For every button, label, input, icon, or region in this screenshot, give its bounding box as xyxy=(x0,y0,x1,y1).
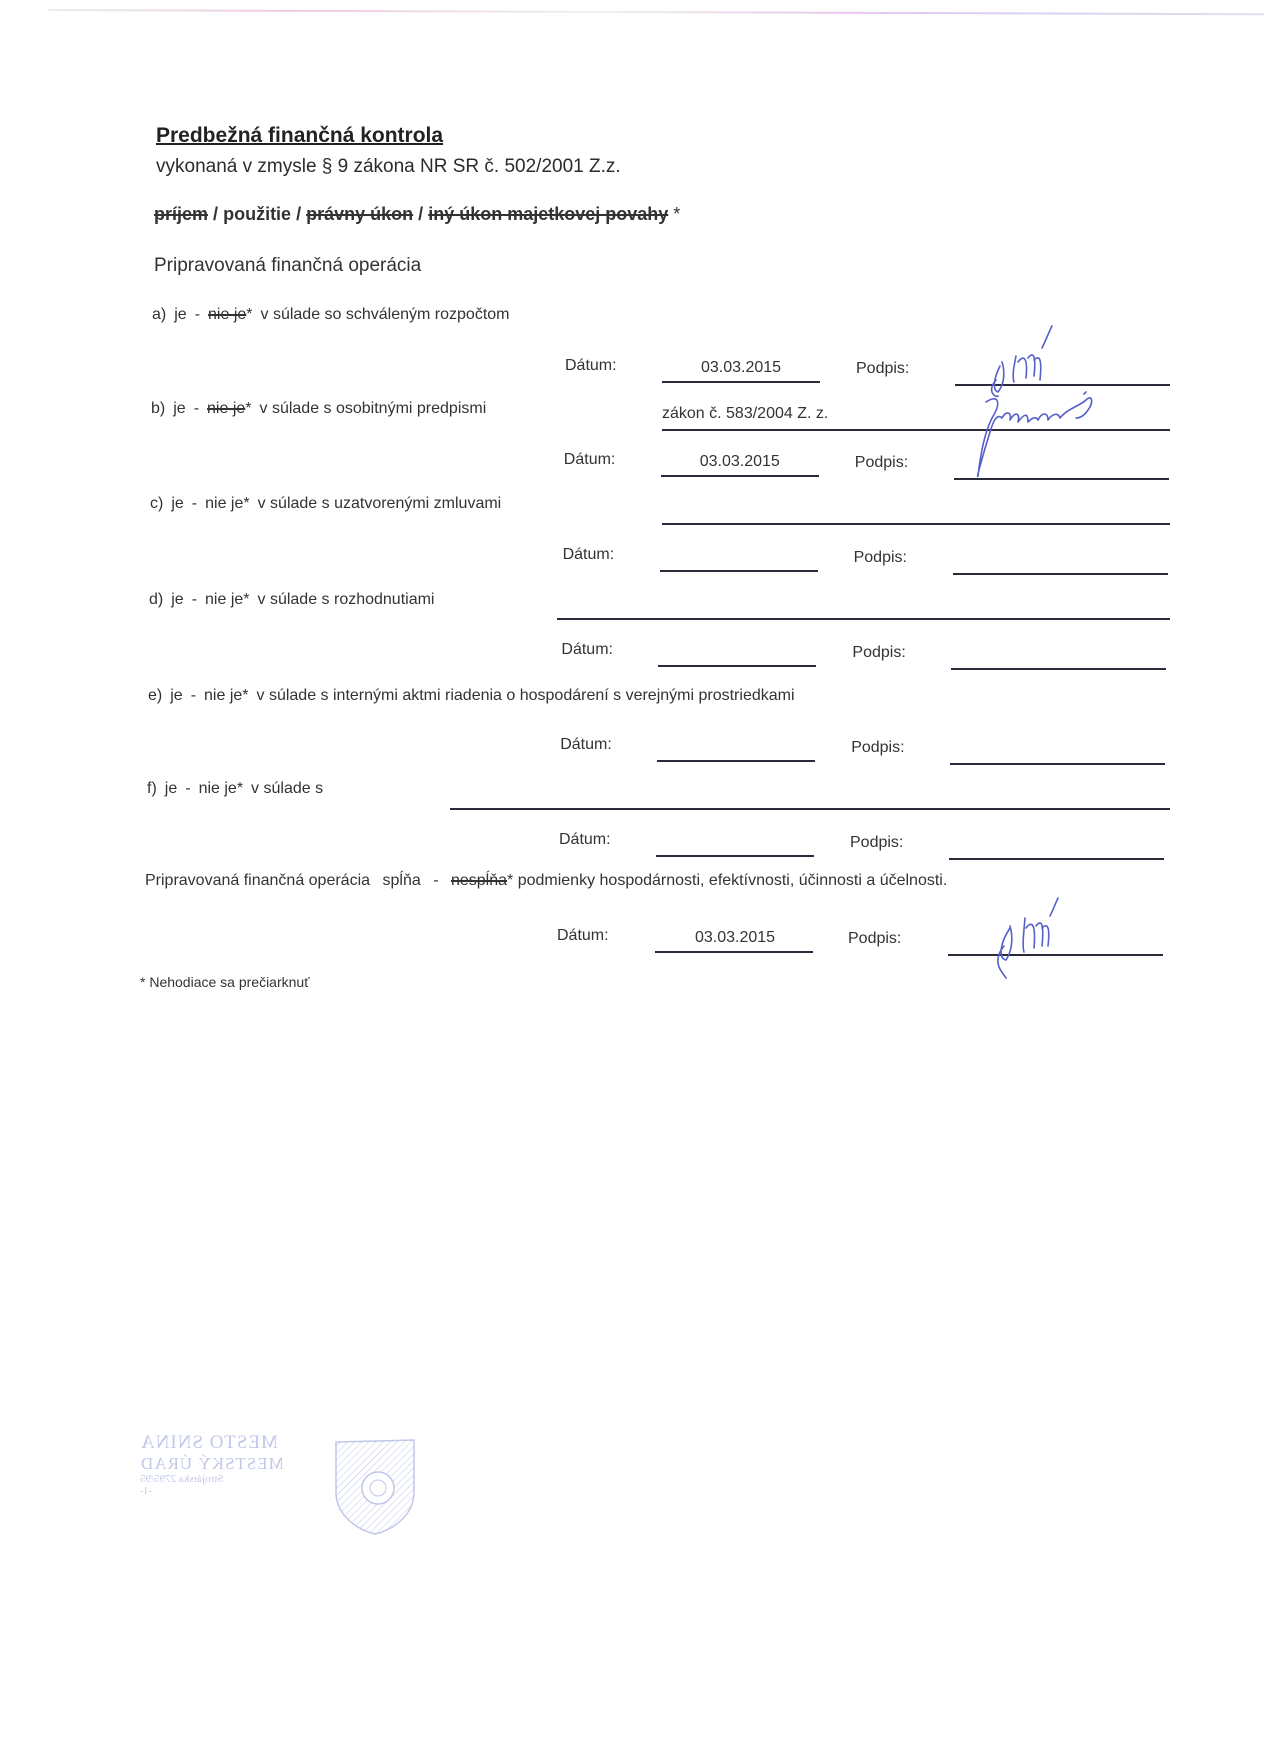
signature-label: Podpis: xyxy=(855,454,908,472)
asterisk: * xyxy=(243,591,249,608)
conclusion-date[interactable]: 03.03.2015 xyxy=(655,929,815,947)
item-letter: f) xyxy=(147,780,157,797)
asterisk: * xyxy=(237,780,243,797)
item-detail-value[interactable]: zákon č. 583/2004 Z. z. xyxy=(662,405,828,423)
option-je: je xyxy=(165,780,177,797)
option-nie-je: nie je xyxy=(205,591,243,608)
control-item-d: d)je-nie je*v súlade s rozhodnutiami xyxy=(149,591,434,609)
conclusion-no: nespĺňa xyxy=(451,872,507,889)
signature-label: Podpis: xyxy=(850,834,903,852)
date-line xyxy=(658,665,816,667)
item-detail-line[interactable] xyxy=(450,808,1170,810)
signature-line[interactable] xyxy=(949,858,1164,860)
option-je: je xyxy=(170,687,182,704)
signature-line[interactable] xyxy=(954,478,1169,480)
separator: / xyxy=(418,204,423,224)
signature-scribble xyxy=(968,318,1088,398)
conclusion-yes: spĺňa xyxy=(382,872,420,889)
date-line xyxy=(655,951,813,953)
conclusion-dash: - xyxy=(433,872,438,889)
date-line xyxy=(656,855,814,857)
asterisk: * xyxy=(246,306,252,323)
separator: / xyxy=(213,204,218,224)
type-prijem: príjem xyxy=(154,204,208,224)
option-dash: - xyxy=(191,687,196,704)
option-nie-je: nie je xyxy=(207,400,245,417)
control-item-a: a)je-nie je*v súlade so schváleným rozpo… xyxy=(152,306,510,324)
conclusion-prefix: Pripravovaná finančná operácia xyxy=(145,872,370,889)
control-item-f: f)je-nie je*v súlade s xyxy=(147,780,323,798)
item-letter: a) xyxy=(152,306,166,323)
stamp-line3: Strojárska 2795/95 xyxy=(140,1473,320,1486)
date-line xyxy=(660,570,818,572)
asterisk: * xyxy=(673,204,680,224)
asterisk: * xyxy=(245,400,251,417)
date-label: Dátum: xyxy=(564,451,616,469)
signature-scribble xyxy=(970,888,1080,978)
item-text: v súlade so schváleným rozpočtom xyxy=(261,306,510,323)
signature-scribble xyxy=(968,388,1128,478)
type-iny-ukon: iný úkon majetkovej povahy xyxy=(428,204,668,224)
control-item-b: b)je-nie je*v súlade s osobitnými predpi… xyxy=(151,400,486,418)
option-nie-je: nie je xyxy=(204,687,242,704)
signature-label: Podpis: xyxy=(856,360,909,378)
date-label: Dátum: xyxy=(563,546,615,564)
date-line xyxy=(657,760,815,762)
type-pouzitie: použitie xyxy=(223,204,291,224)
signature-label: Podpis: xyxy=(852,644,905,662)
date-label: Dátum: xyxy=(560,736,612,754)
date-value[interactable]: 03.03.2015 xyxy=(661,453,819,471)
item-text: v súlade s xyxy=(251,780,323,797)
document-subtitle: vykonaná v zmysle § 9 zákona NR SR č. 50… xyxy=(156,156,621,178)
item-text: v súlade s rozhodnutiami xyxy=(258,591,435,608)
item-text: v súlade s internými aktmi riadenia o ho… xyxy=(257,687,795,704)
option-je: je xyxy=(171,495,183,512)
operation-types: príjem / použitie / právny úkon / iný úk… xyxy=(154,204,680,225)
stamp-line4: -1- xyxy=(140,1486,320,1498)
control-item-e: e)je-nie je*v súlade s internými aktmi r… xyxy=(148,687,795,705)
document-title: Predbežná finančná kontrola xyxy=(156,124,443,148)
asterisk: * xyxy=(507,872,513,889)
signature-line[interactable] xyxy=(953,573,1168,575)
signature-label: Podpis: xyxy=(848,930,901,948)
stamp-bleedthrough: MESTO SNINA MESTSKÝ ÚRAD Strojárska 2795… xyxy=(140,1432,420,1542)
option-nie-je: nie je xyxy=(208,306,246,323)
coat-of-arms-icon xyxy=(332,1436,418,1536)
option-nie-je: nie je xyxy=(205,495,243,512)
footnote: * Nehodiace sa prečiarknuť xyxy=(140,974,309,990)
option-dash: - xyxy=(185,780,190,797)
item-letter: e) xyxy=(148,687,162,704)
date-value[interactable]: 03.03.2015 xyxy=(662,359,820,377)
type-pravny-ukon: právny úkon xyxy=(306,204,413,224)
item-letter: d) xyxy=(149,591,163,608)
date-line xyxy=(662,381,820,383)
date-label: Dátum: xyxy=(565,357,617,375)
asterisk: * xyxy=(242,687,248,704)
date-label: Dátum: xyxy=(561,641,613,659)
stamp-line2: MESTSKÝ ÚRAD xyxy=(140,1454,320,1474)
separator: / xyxy=(296,204,301,224)
item-letter: b) xyxy=(151,400,165,417)
signature-line[interactable] xyxy=(951,668,1166,670)
asterisk: * xyxy=(243,495,249,512)
option-dash: - xyxy=(192,495,197,512)
scan-edge xyxy=(48,9,1264,15)
item-detail-line[interactable] xyxy=(662,523,1170,525)
section-heading: Pripravovaná finančná operácia xyxy=(154,255,421,277)
stamp-text: MESTO SNINA MESTSKÝ ÚRAD Strojárska 2795… xyxy=(140,1432,320,1498)
control-item-c: c)je-nie je*v súlade s uzatvorenými zmlu… xyxy=(150,495,501,513)
date-label: Dátum: xyxy=(557,927,609,945)
item-detail-line[interactable] xyxy=(557,618,1170,620)
option-dash: - xyxy=(195,306,200,323)
item-letter: c) xyxy=(150,495,163,512)
option-dash: - xyxy=(192,591,197,608)
conclusion-text: podmienky hospodárnosti, efektívnosti, ú… xyxy=(518,872,948,889)
signature-label: Podpis: xyxy=(851,739,904,757)
option-je: je xyxy=(173,400,185,417)
option-je: je xyxy=(174,306,186,323)
stamp-line1: MESTO SNINA xyxy=(140,1432,320,1454)
option-je: je xyxy=(171,591,183,608)
conclusion-statement: Pripravovaná finančná operácia spĺňa - n… xyxy=(145,872,947,890)
option-dash: - xyxy=(194,400,199,417)
item-text: v súlade s uzatvorenými zmluvami xyxy=(258,495,502,512)
option-nie-je: nie je xyxy=(199,780,237,797)
item-text: v súlade s osobitnými predpismi xyxy=(260,400,487,417)
signature-label: Podpis: xyxy=(854,549,907,567)
date-label: Dátum: xyxy=(559,831,611,849)
date-line xyxy=(661,475,819,477)
signature-line[interactable] xyxy=(950,763,1165,765)
